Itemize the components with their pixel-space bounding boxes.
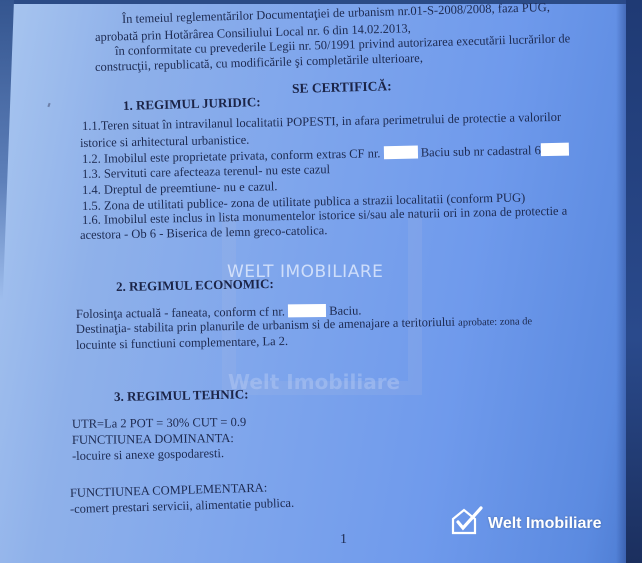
destinatia-text-b: aprobate: zona de bbox=[458, 316, 532, 328]
section-1-heading: 1. REGIMUL JURIDIC: bbox=[123, 95, 261, 112]
redacted-cadastral-number bbox=[541, 143, 569, 157]
item-1-1-line-2: istorice si arhitectural urbanistice. bbox=[80, 134, 250, 150]
redacted-cf-number-2 bbox=[288, 304, 326, 317]
item-1-2-text-b: Baciu sub nr cadastral 6 bbox=[421, 143, 541, 159]
watermark-faint-text: Welt Imobiliare bbox=[228, 370, 400, 394]
logo-text: Welt Imobiliare bbox=[488, 515, 602, 533]
page-number: 1 bbox=[340, 532, 347, 548]
functiunea-dominanta-value: -locuire si anexe gospodaresti. bbox=[72, 447, 224, 462]
house-check-icon bbox=[450, 506, 484, 541]
certificate-title: SE CERTIFICĂ: bbox=[292, 79, 392, 95]
welt-imobiliare-logo: Welt Imobiliare bbox=[450, 506, 602, 541]
redacted-cf-number bbox=[383, 146, 417, 160]
paper-fold-shadow bbox=[616, 0, 626, 563]
section-2-heading: 2. REGIMUL ECONOMIC: bbox=[116, 277, 274, 293]
utr-indicators: UTR=La 2 POT = 30% CUT = 0.9 bbox=[72, 416, 246, 431]
functiunea-dominanta-label: FUNCTIUNEA DOMINANTA: bbox=[72, 432, 234, 446]
section-3-heading: 3. REGIMUL TEHNIC: bbox=[114, 387, 249, 403]
background-surface bbox=[626, 0, 642, 563]
